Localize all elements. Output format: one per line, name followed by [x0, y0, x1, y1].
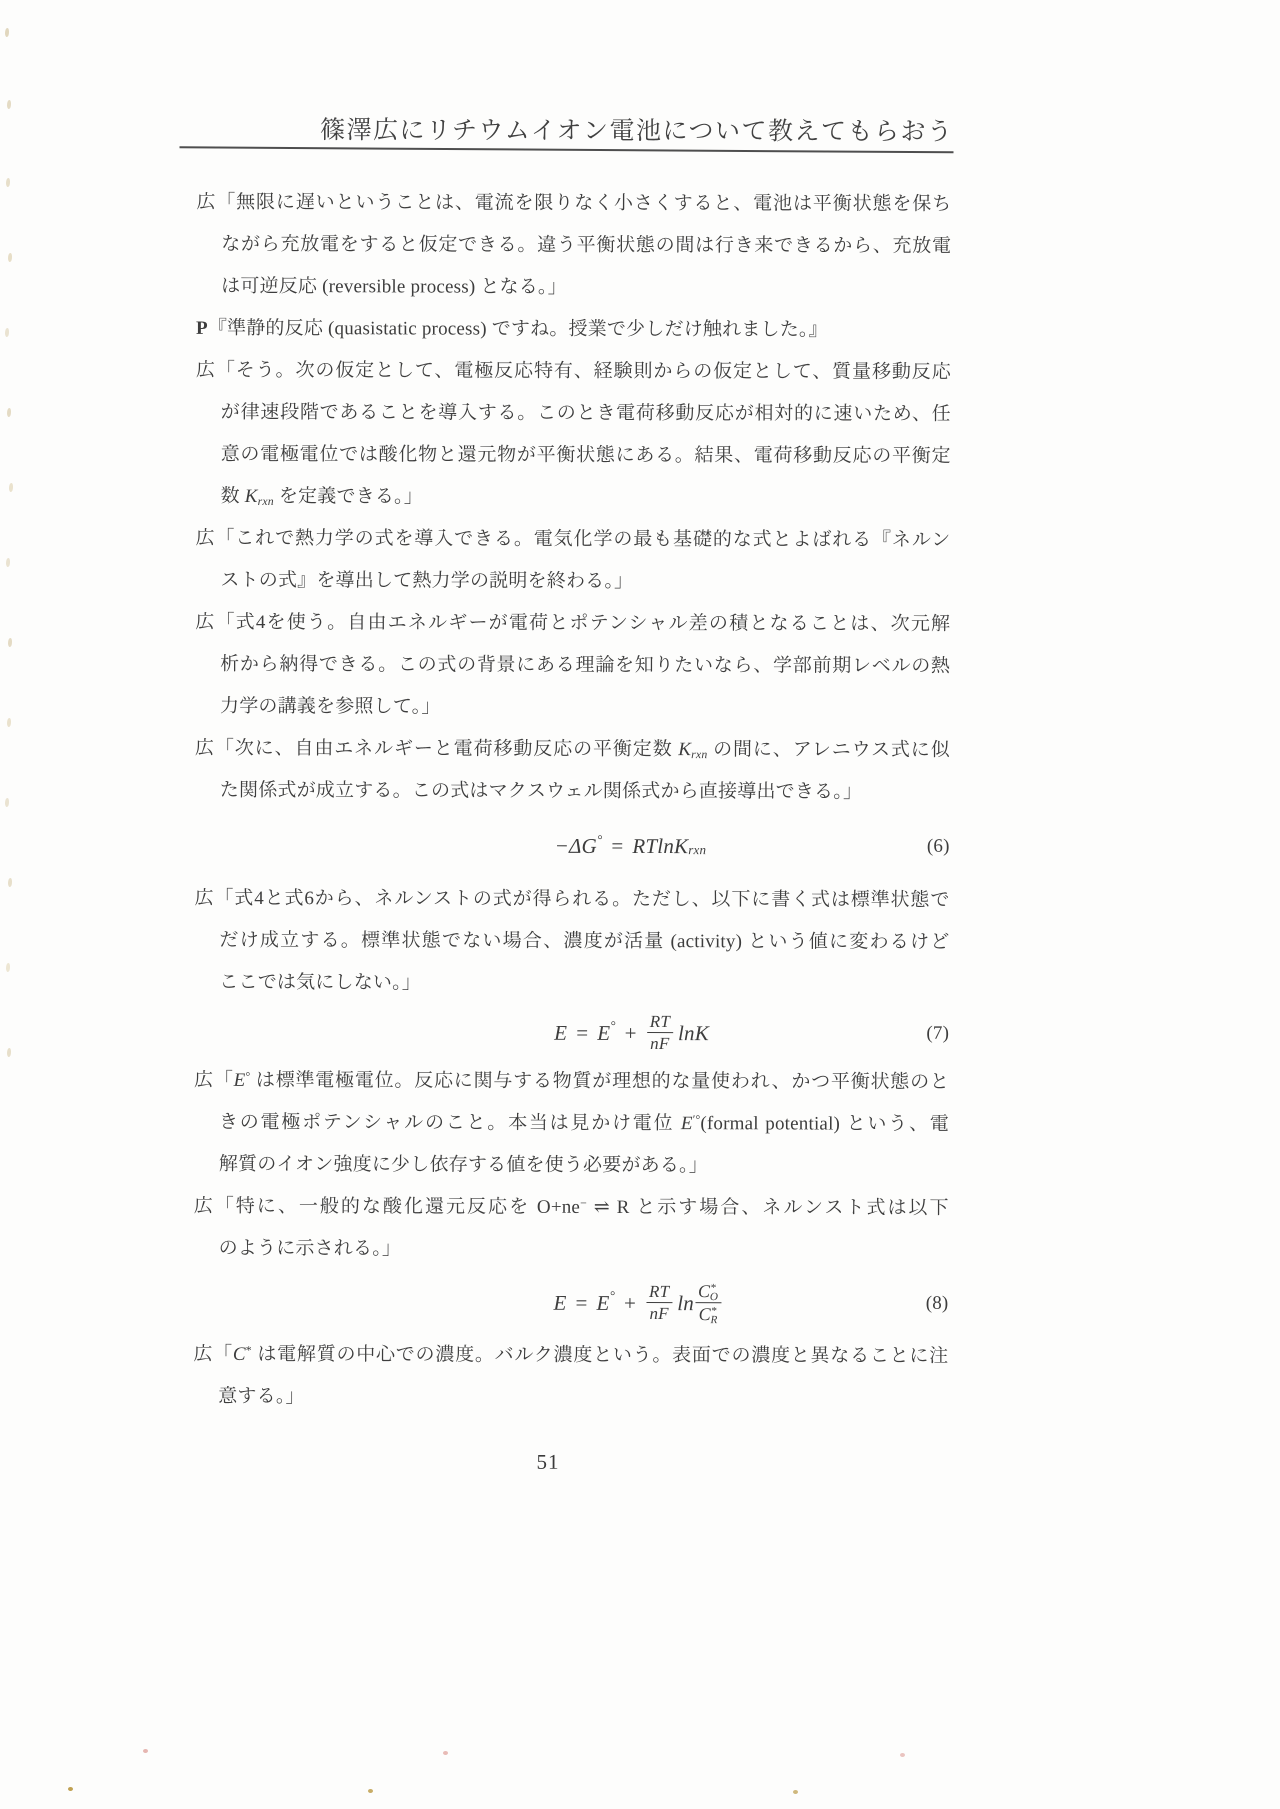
text-line: ストの式』を導出して熱力学の説明を終わる。」: [220, 560, 950, 604]
running-header: 篠澤広にリチウムイオン電池について教えてもらおう: [197, 110, 954, 148]
fraction-numerator: C*O: [695, 1280, 721, 1304]
paragraph: 広「E° は標準電極電位。反応に関与する物質が理想的な量使われ、かつ平衡状態のと…: [194, 1059, 949, 1187]
page-body: 広「無限に遅いということは、電流を限りなく小さくすると、電池は平衡状態を保ちなが…: [193, 182, 951, 1419]
equation-number: (8): [926, 1282, 949, 1324]
paragraph: P『準静的反応 (quasistatic process) ですね。授業で少しだ…: [196, 308, 951, 352]
line-text: を定義できる。」: [274, 486, 423, 507]
text-line: P『準静的反応 (quasistatic process) ですね。授業で少しだ…: [196, 308, 951, 352]
fraction-denominator: nF: [647, 1033, 672, 1054]
line-text: E: [681, 1113, 693, 1134]
plus-sign: +: [624, 1281, 636, 1323]
line-text: E: [234, 1069, 246, 1090]
fraction-numerator: RT: [646, 1281, 672, 1303]
text-line: た関係式が成立する。この式はマクスウェル関係式から直接導出できる。」: [220, 770, 950, 814]
text-line: 広「これで熱力学の式を導入できる。電気化学の最も基礎的な式とよばれる『ネルン: [195, 518, 950, 562]
line-text: ⇌ R と示す場合、ネルンスト式は以下: [587, 1196, 949, 1218]
line-text: ne: [562, 1196, 580, 1217]
speaker-label: 広: [196, 360, 216, 381]
speaker-label: P: [196, 318, 208, 339]
text-line: 広「E° は標準電極電位。反応に関与する物質が理想的な量使われ、かつ平衡状態のと: [194, 1059, 949, 1103]
page-inner: 篠澤広にリチウムイオン電池について教えてもらおう 広「無限に遅いということは、電…: [0, 0, 1280, 1809]
scanned-page: 篠澤広にリチウムイオン電池について教えてもらおう 広「無限に遅いということは、電…: [0, 0, 1280, 1809]
line-text: *: [246, 1344, 252, 1357]
text-line: 解質のイオン強度に少し依存する値を使う必要がある。」: [219, 1143, 949, 1187]
equals-sign: =: [576, 1012, 588, 1054]
text-line: ながら充放電をすると仮定できる。違う平衡状態の間は行き来できるから、充放電: [221, 224, 951, 268]
equation-number: (6): [927, 826, 950, 868]
text-line: 力学の講義を参照して。」: [220, 686, 950, 730]
plus-sign: +: [625, 1012, 637, 1054]
text-line: 広「無限に遅いということは、電流を限りなく小さくすると、電池は平衡状態を保ち: [196, 182, 951, 226]
line-text: ながら充放電をすると仮定できる。違う平衡状態の間は行き来できるから、充放電: [221, 234, 951, 257]
equation-term: C: [699, 1304, 711, 1324]
line-text: C: [233, 1343, 246, 1364]
text-line: 意の電極電位では酸化物と還元物が平衡状態にある。結果、電荷移動反応の平衡定: [221, 434, 951, 478]
line-text: −: [580, 1196, 587, 1209]
line-text: 析から納得できる。この式の背景にある理論を知りたいなら、学部前期レベルの熱: [220, 654, 950, 677]
fraction-denominator: nF: [646, 1303, 671, 1324]
line-text: 「そう。次の仮定として、電極反応特有、経験則からの仮定として、質量移動反応: [216, 360, 951, 383]
text-line: 広「C* は電解質の中心での濃度。バルク濃度という。表面での濃度と異なることに注: [193, 1333, 948, 1377]
page-number: 51: [193, 1449, 903, 1476]
fraction: RTnF: [646, 1281, 672, 1325]
equation-term: RTlnK: [632, 825, 688, 867]
fraction-denominator: C*R: [696, 1303, 721, 1326]
equation-body: −ΔG°=RTlnKrxn: [555, 825, 707, 867]
line-text: 「式4を使う。自由エネルギーが電荷とポテンシャル差の積となることは、次元解: [215, 612, 950, 635]
fraction-numerator: RT: [647, 1011, 673, 1033]
speaker-label: 広: [195, 738, 215, 759]
text-line: きの電極ポテンシャルのこと。本当は見かけ電位 E′°(formal potent…: [219, 1101, 949, 1145]
equation-body: E=E°+RTnFlnC*OC*R: [553, 1279, 726, 1325]
text-line: 広「次に、自由エネルギーと電荷移動反応の平衡定数 Krxn の間に、アレニウス式…: [195, 728, 950, 772]
speaker-label: 広: [194, 1195, 215, 1216]
line-text: 「式4と式6から、ネルンストの式が得られる。ただし、以下に書く式は標準状態で: [214, 888, 949, 911]
equation-subscript: O: [710, 1291, 718, 1303]
paragraph-group: 広「C* は電解質の中心での濃度。バルク濃度という。表面での濃度と異なることに注…: [193, 1333, 948, 1419]
speaker-label: 広: [194, 1069, 214, 1090]
text-line: ここでは気にしない。」: [219, 962, 949, 1006]
line-text: 意の電極電位では酸化物と還元物が平衡状態にある。結果、電荷移動反応の平衡定: [221, 444, 951, 467]
text-line: が律速段階であることを導入する。このとき電荷移動反応が相対的に速いため、任: [221, 392, 951, 436]
line-text: た関係式が成立する。この式はマクスウェル関係式から直接導出できる。」: [220, 780, 862, 803]
paragraph: 広「無限に遅いということは、電流を限りなく小さくすると、電池は平衡状態を保ちなが…: [196, 182, 951, 310]
speaker-label: 広: [195, 612, 215, 633]
text-line: のように示される。」: [219, 1227, 949, 1271]
text-line: 広「そう。次の仮定として、電極反応特有、経験則からの仮定として、質量移動反応: [196, 350, 951, 394]
line-text: の間に、アレニウス式に似: [707, 739, 950, 761]
paragraph: 広「特に、一般的な酸化還元反応を O+ne− ⇌ R と示す場合、ネルンスト式は…: [194, 1185, 949, 1271]
line-text: rxn: [691, 748, 707, 761]
line-text: は可逆反応 (reversible process) となる。」: [221, 276, 567, 298]
speaker-label: 広: [196, 192, 216, 213]
equals-sign: =: [575, 1281, 587, 1323]
line-text: ストの式』を導出して熱力学の説明を終わる。」: [220, 570, 633, 592]
paragraph: 広「C* は電解質の中心での濃度。バルク濃度という。表面での濃度と異なることに注…: [193, 1333, 948, 1419]
line-text: は標準電極電位。反応に関与する物質が理想的な量使われ、かつ平衡状態のと: [250, 1069, 949, 1092]
equals-sign: =: [611, 825, 623, 867]
concentration-fraction: C*OC*R: [695, 1280, 721, 1326]
line-text: が律速段階であることを導入する。このとき電荷移動反応が相対的に速いため、任: [221, 402, 951, 425]
paragraph: 広「式4を使う。自由エネルギーが電荷とポテンシャル差の積となることは、次元解析か…: [195, 602, 950, 730]
text-line: は可逆反応 (reversible process) となる。」: [221, 266, 951, 310]
text-line: 析から納得できる。この式の背景にある理論を知りたいなら、学部前期レベルの熱: [220, 644, 950, 688]
line-text: (formal potential) という、電: [700, 1113, 949, 1135]
line-text: ここでは気にしない。」: [219, 972, 421, 994]
equation-term: E: [553, 1281, 566, 1323]
line-text: 意する。」: [218, 1385, 305, 1406]
text-line: 広「特に、一般的な酸化還元反応を O+ne− ⇌ R と示す場合、ネルンスト式は…: [194, 1185, 949, 1229]
equation-term: E: [554, 1012, 567, 1054]
line-text: rxn: [258, 495, 274, 508]
speaker-label: 広: [195, 528, 215, 549]
equation-term: E: [597, 1281, 610, 1323]
line-text: 「これで熱力学の式を導入できる。電気化学の最も基礎的な式とよばれる『ネルン: [215, 528, 950, 551]
equation-6: −ΔG°=RTlnKrxn (6): [195, 824, 950, 868]
equation-term: C: [698, 1281, 710, 1301]
line-text: のように示される。」: [219, 1237, 402, 1258]
equation-number: (7): [926, 1013, 949, 1055]
equation-term: ln: [677, 1282, 694, 1324]
line-text: K: [678, 739, 691, 760]
equation-term: E: [597, 1012, 610, 1054]
speaker-label: 広: [193, 1343, 213, 1364]
equation-term: −ΔG: [555, 825, 597, 867]
line-text: 「特に、一般的な酸化還元反応を O: [215, 1195, 551, 1217]
line-text: 「: [213, 1343, 233, 1364]
text-line: 広「式4を使う。自由エネルギーが電荷とポテンシャル差の積となることは、次元解: [195, 602, 950, 646]
paragraph-group: 広「式4と式6から、ネルンストの式が得られる。ただし、以下に書く式は標準状態でだ…: [194, 878, 949, 1006]
line-text: 力学の講義を参照して。」: [220, 696, 441, 718]
line-text: 「: [214, 1069, 234, 1090]
paragraph: 広「式4と式6から、ネルンストの式が得られる。ただし、以下に書く式は標準状態でだ…: [194, 878, 949, 1006]
equation-7: E=E°+RTnFlnK (7): [194, 1010, 949, 1055]
line-text: 数: [221, 486, 245, 507]
text-line: 数 Krxn を定義できる。」: [221, 476, 951, 520]
fraction: RTnF: [647, 1011, 673, 1055]
line-text: 「無限に遅いということは、電流を限りなく小さくすると、電池は平衡状態を保ち: [216, 192, 951, 215]
paragraph-group: 広「E° は標準電極電位。反応に関与する物質が理想的な量使われ、かつ平衡状態のと…: [194, 1059, 950, 1271]
line-text: は電解質の中心での濃度。バルク濃度という。表面での濃度と異なることに注: [252, 1343, 949, 1366]
equation-term: lnK: [678, 1012, 709, 1054]
line-text: 『準静的反応 (quasistatic process) ですね。授業で少しだけ…: [208, 318, 828, 341]
paragraph: 広「次に、自由エネルギーと電荷移動反応の平衡定数 Krxn の間に、アレニウス式…: [195, 728, 950, 814]
line-text: °: [245, 1070, 250, 1083]
line-text: ′°: [693, 1113, 701, 1126]
equation-8: E=E°+RTnFlnC*OC*R (8): [193, 1278, 948, 1326]
text-line: だけ成立する。標準状態でない場合、濃度が活量 (activity) という値に変…: [219, 920, 949, 964]
line-text: きの電極ポテンシャルのこと。本当は見かけ電位: [219, 1111, 681, 1133]
equation-subscript: R: [710, 1314, 717, 1326]
speaker-label: 広: [195, 888, 215, 909]
line-text: +: [551, 1196, 562, 1217]
text-line: 意する。」: [218, 1375, 948, 1419]
paragraph: 広「これで熱力学の式を導入できる。電気化学の最も基礎的な式とよばれる『ネルンスト…: [195, 518, 950, 604]
paragraph-group: 広「無限に遅いということは、電流を限りなく小さくすると、電池は平衡状態を保ちなが…: [195, 182, 952, 814]
paragraph: 広「そう。次の仮定として、電極反応特有、経験則からの仮定として、質量移動反応が律…: [196, 350, 951, 520]
equation-body: E=E°+RTnFlnK: [554, 1011, 709, 1055]
line-text: だけ成立する。標準状態でない場合、濃度が活量 (activity) という値に変…: [219, 930, 949, 953]
line-text: K: [245, 486, 258, 507]
line-text: 解質のイオン強度に少し依存する値を使う必要がある。」: [219, 1153, 708, 1175]
line-text: 「次に、自由エネルギーと電荷移動反応の平衡定数: [215, 738, 678, 760]
text-line: 広「式4と式6から、ネルンストの式が得られる。ただし、以下に書く式は標準状態で: [194, 878, 949, 922]
